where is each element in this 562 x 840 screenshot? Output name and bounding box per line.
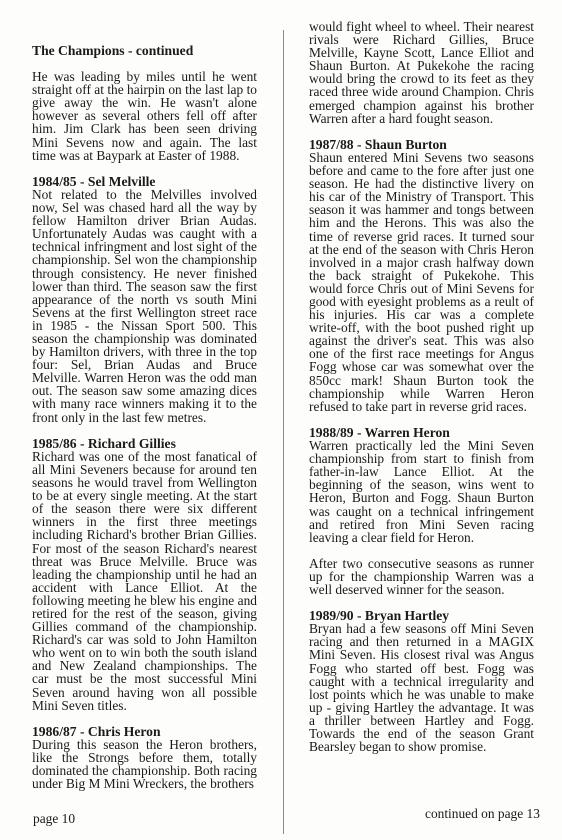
magazine-page: The Champions - continued He was leading… bbox=[0, 0, 562, 840]
continuation-section: would fight wheel to wheel. Their neares… bbox=[309, 20, 534, 125]
section-1985-86: 1985/86 - Richard Gillies Richard was on… bbox=[32, 437, 257, 712]
section-heading: 1987/88 - Shaun Burton bbox=[309, 138, 534, 151]
intro-paragraph: He was leading by miles until he went st… bbox=[32, 70, 257, 162]
left-column: The Champions - continued He was leading… bbox=[32, 44, 257, 803]
section-1984-85: 1984/85 - Sel Melville Not related to th… bbox=[32, 175, 257, 424]
section-1986-87: 1986/87 - Chris Heron During this season… bbox=[32, 725, 257, 791]
section-body: Warren practically led the Mini Seven ch… bbox=[309, 439, 534, 544]
section-1988-89: 1988/89 - Warren Heron Warren practicall… bbox=[309, 426, 534, 596]
page-title: The Champions - continued bbox=[32, 44, 257, 57]
column-divider bbox=[283, 30, 284, 834]
section-body: Shaun entered Mini Sevens two seasons be… bbox=[309, 151, 534, 413]
section-heading: 1985/86 - Richard Gillies bbox=[32, 437, 257, 450]
page-number: page 10 bbox=[33, 811, 75, 827]
section-heading: 1986/87 - Chris Heron bbox=[32, 725, 257, 738]
section-1989-90: 1989/90 - Bryan Hartley Bryan had a few … bbox=[309, 609, 534, 753]
section-body: Not related to the Melvilles involved no… bbox=[32, 188, 257, 424]
right-column: would fight wheel to wheel. Their neares… bbox=[309, 20, 534, 766]
section-body: During this season the Heron brothers, l… bbox=[32, 738, 257, 790]
section-body: Bryan had a few seasons off Mini Seven r… bbox=[309, 622, 534, 753]
section-heading: 1984/85 - Sel Melville bbox=[32, 175, 257, 188]
section-body: Richard was one of the most fanatical of… bbox=[32, 450, 257, 712]
intro-section: He was leading by miles until he went st… bbox=[32, 70, 257, 162]
section-body-2: After two consecutive seasons as runner … bbox=[309, 557, 534, 596]
continued-note: continued on page 13 bbox=[425, 806, 540, 822]
continuation-paragraph: would fight wheel to wheel. Their neares… bbox=[309, 20, 534, 125]
section-1987-88: 1987/88 - Shaun Burton Shaun entered Min… bbox=[309, 138, 534, 413]
